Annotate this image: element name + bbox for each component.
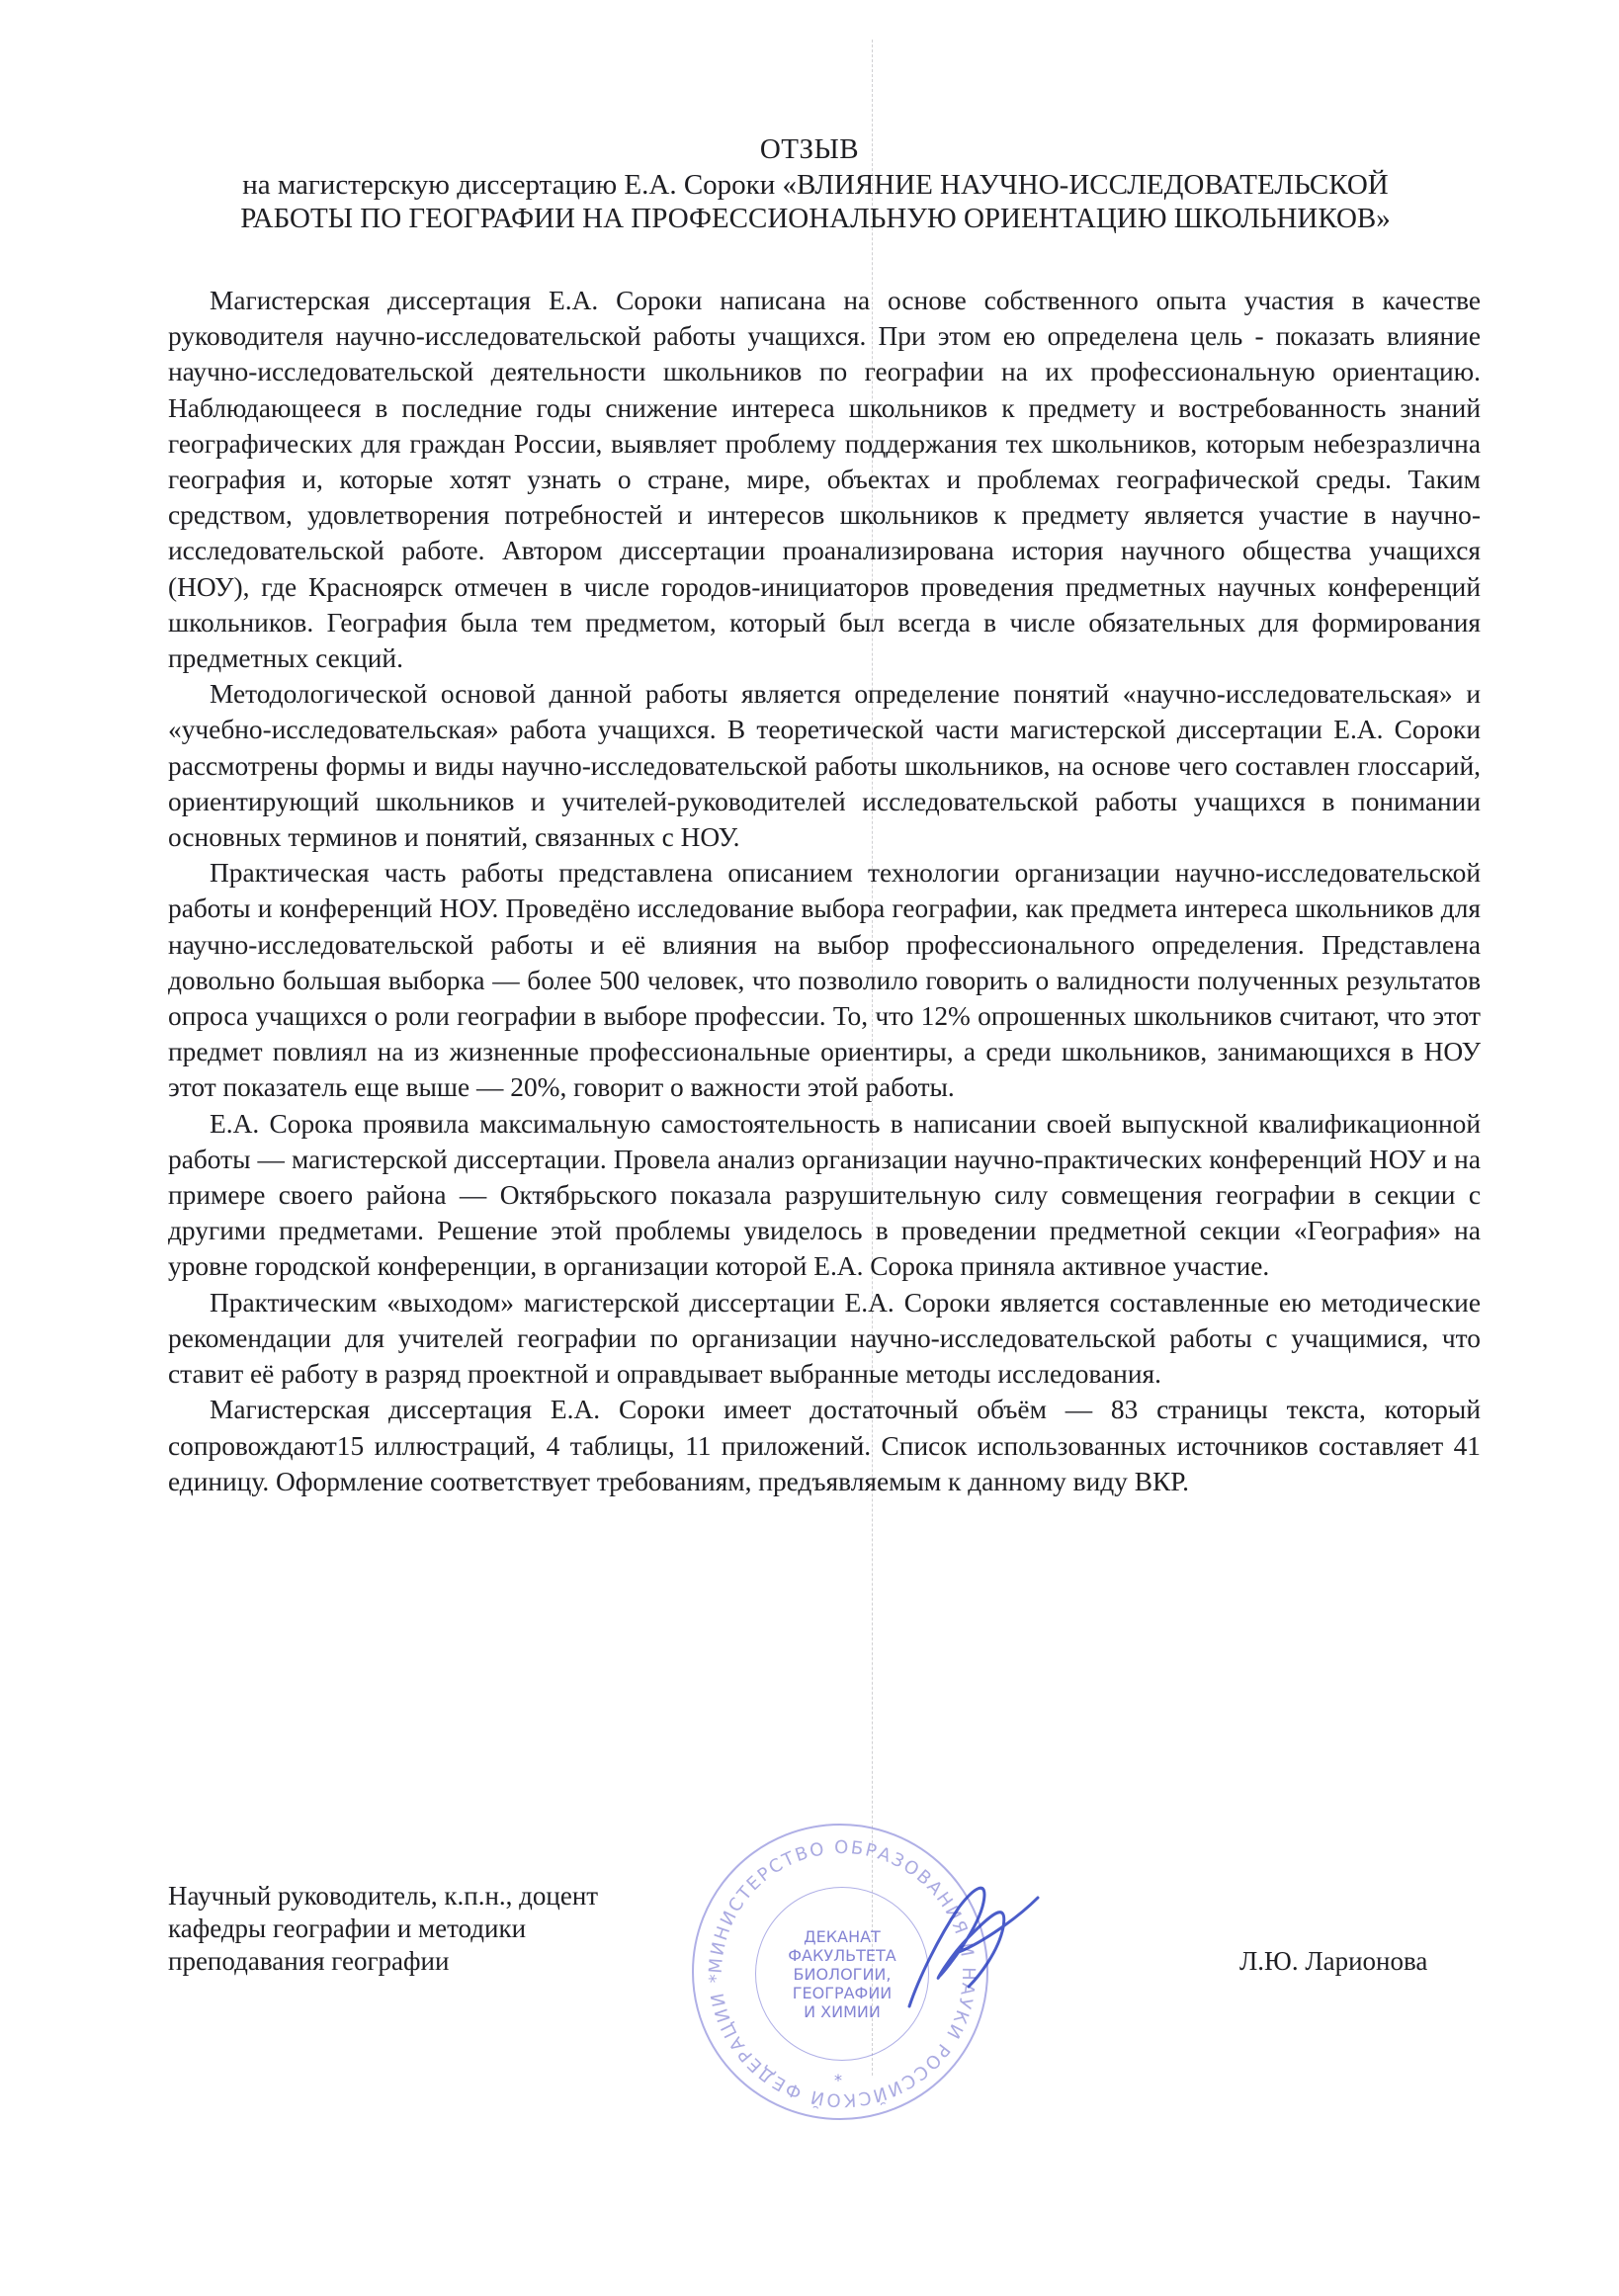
stamp-star-icon: * [834,2071,842,2089]
handwritten-signature-icon [890,1858,1048,2026]
document-title: ОТЗЫВ [0,132,1619,166]
review-body: Магистерская диссертация Е.А. Сороки нап… [168,283,1481,1499]
signer-position-line: кафедры географии и методики [168,1913,598,1945]
paragraph: Практическим «выходом» магистерской дисс… [168,1285,1481,1393]
paragraph: Магистерская диссертация Е.А. Сороки име… [168,1392,1481,1499]
signer-position: Научный руководитель, к.п.н., доцент каф… [168,1880,598,1978]
stamp-line: БИОЛОГИИ, [794,1965,892,1984]
document-page: ОТЗЫВ на магистерскую диссертацию Е.А. С… [0,0,1619,2296]
stamp-line: ДЕКАНАТ [804,1927,881,1946]
subtitle-line: РАБОТЫ ПО ГЕОГРАФИИ НА ПРОФЕССИОНАЛЬНУЮ … [148,202,1483,235]
signer-name: Л.Ю. Ларионова [1239,1945,1427,1978]
stamp-line: И ХИМИИ [804,2002,881,2021]
paragraph: Практическая часть работы представлена о… [168,855,1481,1105]
paragraph: Е.А. Сорока проявила максимальную самост… [168,1106,1481,1285]
document-subtitle: на магистерскую диссертацию Е.А. Сороки … [148,168,1483,235]
stamp-line: ФАКУЛЬТЕТА [788,1946,895,1965]
paragraph: Магистерская диссертация Е.А. Сороки нап… [168,283,1481,676]
subtitle-line: на магистерскую диссертацию Е.А. Сороки … [148,168,1483,202]
stamp-line: ГЕОГРАФИИ [793,1984,893,2002]
signer-position-line: Научный руководитель, к.п.н., доцент [168,1880,598,1913]
paragraph: Методологической основой данной работы я… [168,676,1481,855]
signer-position-line: преподавания географии [168,1945,598,1978]
